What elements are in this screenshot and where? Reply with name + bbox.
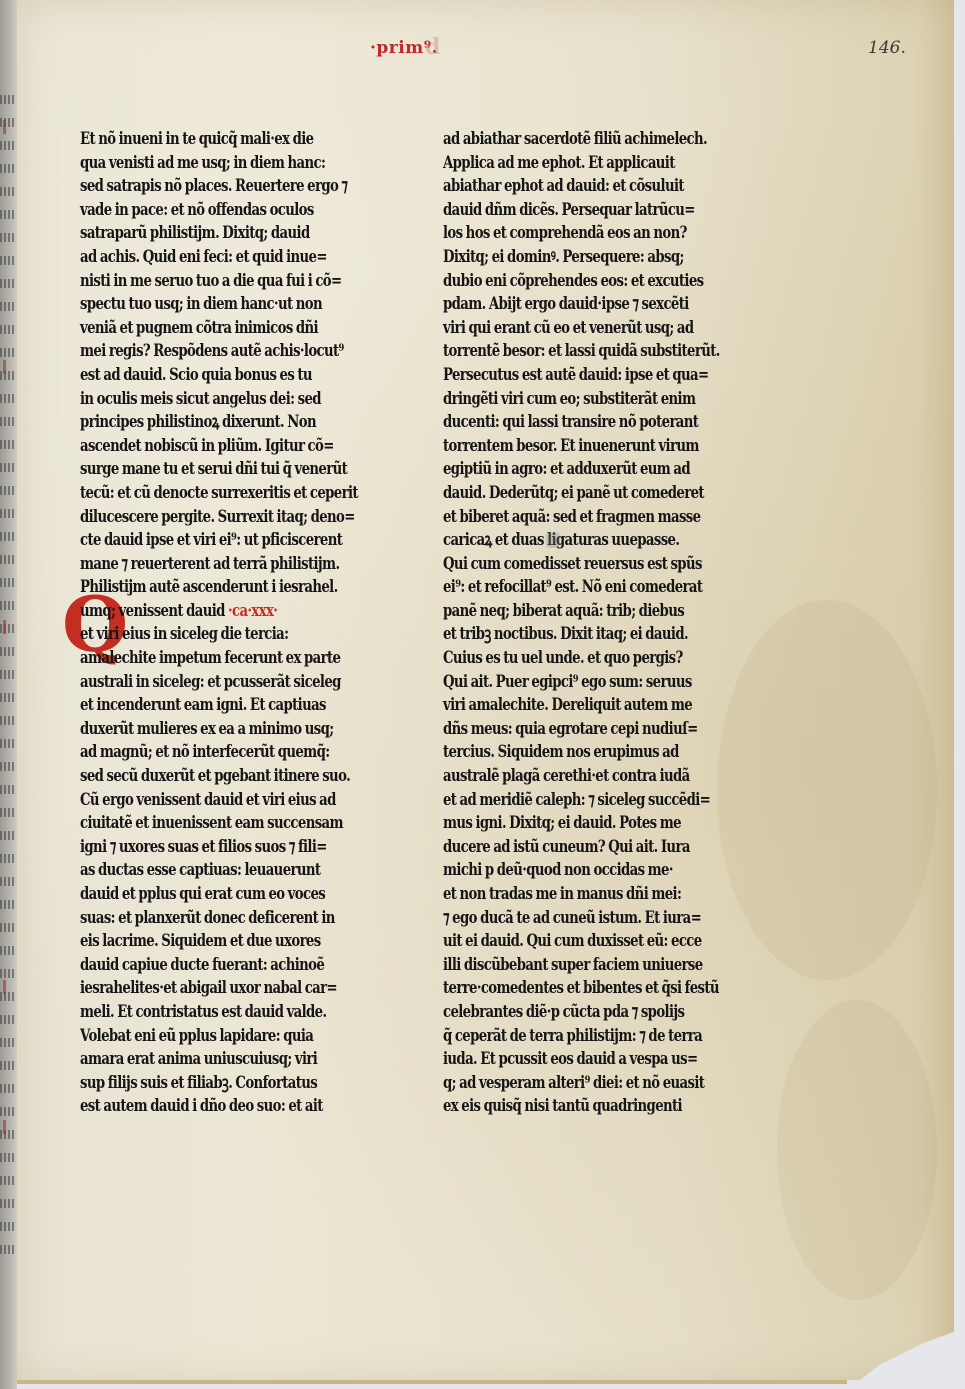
text-column-right: ad abiathar sacerdotẽ filiũ achimelech.A…: [443, 128, 743, 1119]
previous-page-text: [0, 877, 14, 886]
text-line: illi discũbebant super faciem uniuerse: [443, 954, 743, 978]
text-line: satraparũ philistijm. Dixitq; dauid: [80, 222, 394, 246]
text-line: amara erat anima uniuscuiusq; viri: [80, 1048, 394, 1072]
text-line: dringẽti viri cum eo; substiterãt enim: [443, 388, 743, 412]
text-line: mus igni. Dixitq; ei dauid. Potes me: [443, 812, 743, 836]
previous-page-text: [0, 463, 14, 472]
chapter-number: ·ca·xxx·: [228, 601, 277, 621]
text-line: dilucescere pergite. Surrexit itaq; deno…: [80, 506, 394, 530]
text-line: torrentem besor. Et inuenerunt virum: [443, 435, 743, 459]
previous-page-text: [0, 854, 14, 863]
text-line: tecũ: et cũ denocte surrexeritis et cepe…: [80, 482, 394, 506]
text-line: et ad meridiẽ caleph: ⁊ siceleg succẽdi=: [443, 789, 743, 813]
previous-page-rubric: [3, 1120, 6, 1134]
previous-page-text: [0, 831, 14, 840]
text-line: vade in pace: et nõ offendas oculos: [80, 199, 394, 223]
previous-page-rubric: [3, 980, 6, 994]
text-line: Qui cum comedisset reuersus est spũs: [443, 553, 743, 577]
previous-page-text: [0, 1176, 14, 1185]
previous-page-text: [0, 969, 14, 978]
text-column-left: Et nõ inueni in te quicq̃ mali·ex diequa…: [80, 128, 394, 1119]
text-line: pdam. Abijt ergo dauid·ipse ⁊ sexcẽti: [443, 293, 743, 317]
previous-page-text: [0, 1222, 14, 1231]
text-line: dauid dñm dicẽs. Persequar latrũcu=: [443, 199, 743, 223]
folio-number: 146.: [868, 38, 906, 58]
text-line: dñs meus: quia egrotare cepi nudiuſ=: [443, 718, 743, 742]
previous-page-text: [0, 1153, 14, 1162]
text-line: et tribꝫ noctibus. Dixit itaq; ei dauid.: [443, 623, 743, 647]
text-line: duxerũt mulieres ex ea a minimo usq;: [80, 718, 394, 742]
text-line: q̃ ceperãt de terra philistijm: ⁊ de ter…: [443, 1025, 743, 1049]
text-line: dauid et pplus qui erat cum eo voces: [80, 883, 394, 907]
text-line: Dixitq; ei dominꝰ. Persequere: absq;: [443, 246, 743, 270]
text-line: ad abiathar sacerdotẽ filiũ achimelech.: [443, 128, 743, 152]
text-line: iesrahelites·et abigail uxor nabal car=: [80, 977, 394, 1001]
text-line: viri qui erant cũ eo et venerũt usq; ad: [443, 317, 743, 341]
text-line: et non tradas me in manus dñi mei:: [443, 883, 743, 907]
text-line: Et nõ inueni in te quicq̃ mali·ex die: [80, 128, 394, 152]
text-line: spectu tuo usq; in diem hanc·ut non: [80, 293, 394, 317]
text-line: amalechite impetum fecerunt ex parte: [80, 647, 394, 671]
parchment-stain: [717, 600, 937, 980]
previous-page-text: [0, 486, 14, 495]
text-line: q; ad vesperam alteri⁹ diei: et nõ euasi…: [443, 1072, 743, 1096]
previous-page-text: [0, 1245, 14, 1254]
text-line: abiathar ephot ad dauid: et cõsuluit: [443, 175, 743, 199]
text-line: tercius. Siquidem nos erupimus ad: [443, 741, 743, 765]
text-line: meli. Et contristatus est dauid valde.: [80, 1001, 394, 1025]
previous-page-text: [0, 302, 14, 311]
previous-page-text: [0, 141, 14, 150]
text-line: surge mane tu et serui dñi tui q̃ venerũ…: [80, 458, 394, 482]
text-line: dauid. Dederũtq; ei panẽ ut comederet: [443, 482, 743, 506]
text-line: veniã et pugnem cõtra inimicos dñi: [80, 317, 394, 341]
previous-page-text: [0, 417, 14, 426]
text-line: terre·comedentes et bibentes et q̃si fes…: [443, 977, 743, 1001]
previous-page-text: [0, 440, 14, 449]
text-line: cte dauid ipse et viri ei⁹: ut pficiscer…: [80, 529, 394, 553]
text-line: igni ⁊ uxores suas et filios suos ⁊ fili…: [80, 836, 394, 860]
ink-smudge: [546, 532, 560, 548]
previous-page-text: [0, 348, 14, 357]
text-line: ascendet nobiscũ in pliũm. Igitur cõ=: [80, 435, 394, 459]
previous-page-edge: [0, 0, 17, 1389]
text-line: dubio eni cõprehendes eos: et excuties: [443, 270, 743, 294]
previous-page-text: [0, 601, 14, 610]
text-line: as ductas esse captiuas: leuauerunt: [80, 859, 394, 883]
previous-page-text: [0, 578, 14, 587]
text-line: ducenti: qui lassi transire nõ poterant: [443, 411, 743, 435]
text-line: est autem dauid i dño deo suo: et ait: [80, 1095, 394, 1119]
text-line: viri amalechite. Dereliquit autem me: [443, 694, 743, 718]
previous-page-text: [0, 1084, 14, 1093]
text-line: et viri eius in siceleg die tercia:: [80, 623, 394, 647]
text-line: suas: et planxerũt donec deficerent in: [80, 907, 394, 931]
text-line: mane ⁊ reuerterent ad terrã philistijm.: [80, 553, 394, 577]
text-line: iuda. Et pcussit eos dauid a vespa us=: [443, 1048, 743, 1072]
text-line: nisti in me seruo tuo a die qua fui i cõ…: [80, 270, 394, 294]
previous-page-text: [0, 1061, 14, 1070]
previous-page-text: [0, 785, 14, 794]
previous-page-text: [0, 1199, 14, 1208]
previous-page-text: [0, 900, 14, 909]
previous-page-text: [0, 210, 14, 219]
text-line: est ad dauid. Scio quia bonus es tu: [80, 364, 394, 388]
text-line: umq; venissent dauid ·ca·xxx·: [80, 600, 394, 624]
text-line: ducere ad istũ cuneum? Qui ait. Iura: [443, 836, 743, 860]
previous-page-rubric: [3, 360, 6, 374]
previous-page-text: [0, 532, 14, 541]
text-line: ei⁹: et refocillat⁹ est. Nõ eni comedera…: [443, 576, 743, 600]
previous-page-text: [0, 279, 14, 288]
previous-page-text: [0, 693, 14, 702]
text-line: in oculis meis sicut angelus dei: sed: [80, 388, 394, 412]
text-line: Cũ ergo venissent dauid et viri eius ad: [80, 789, 394, 813]
text-line: sed satrapis nõ places. Reuertere ergo ⁊: [80, 175, 394, 199]
previous-page-text: [0, 164, 14, 173]
text-line: ⁊ ego ducã te ad cuneũ istum. Et iura=: [443, 907, 743, 931]
text-line: et incenderunt eam igni. Et captiuas: [80, 694, 394, 718]
previous-page-text: [0, 95, 14, 104]
text-line: Philistijm autẽ ascenderunt i iesrahel.: [80, 576, 394, 600]
text-line: Applica ad me ephot. Et applicauit: [443, 152, 743, 176]
previous-page-text: [0, 946, 14, 955]
text-line: torrentẽ besor: et lassi quidã substiter…: [443, 340, 743, 364]
previous-page-text: [0, 325, 14, 334]
text-line: panẽ neq; biberat aquã: trib; diebus: [443, 600, 743, 624]
previous-page-text: [0, 647, 14, 656]
previous-page-text: [0, 808, 14, 817]
text-line: uit ei dauid. Qui cum duxisset eũ: ecce: [443, 930, 743, 954]
text-line: michi p deũ·quod non occidas me·: [443, 859, 743, 883]
text-line: principes philistinoꝝ dixerunt. Non: [80, 411, 394, 435]
previous-page-text: [0, 394, 14, 403]
previous-page-text: [0, 716, 14, 725]
text-line: Cuius es tu uel unde. et quo pergis?: [443, 647, 743, 671]
text-line: los hos et comprehendã eos an non?: [443, 222, 743, 246]
previous-page-text: [0, 187, 14, 196]
previous-page-text: [0, 555, 14, 564]
previous-page-text: [0, 1015, 14, 1024]
previous-page-text: [0, 1038, 14, 1047]
parchment-stain: [777, 1000, 937, 1300]
previous-page-text: [0, 739, 14, 748]
manuscript-scan: ·prim⁹. d 146. Q Et nõ inueni in te quic…: [0, 0, 965, 1389]
previous-page-text: [0, 233, 14, 242]
previous-page-text: [0, 1107, 14, 1116]
text-line: et biberet aquã: sed et fragmen masse: [443, 506, 743, 530]
text-line: mei regis? Respõdens autẽ achis·locut⁹: [80, 340, 394, 364]
text-line: dauid capiue ducte fuerant: achinoẽ: [80, 954, 394, 978]
text-line: qua venisti ad me usq; in diem hanc:: [80, 152, 394, 176]
text-line: caricaꝝ et duas ligaturas uuepasse.: [443, 529, 743, 553]
text-line: ciuitatẽ et inuenissent eam succensam: [80, 812, 394, 836]
text-line: australi in siceleg: et pcusserãt sicele…: [80, 671, 394, 695]
previous-page-text: [0, 509, 14, 518]
previous-page-text: [0, 923, 14, 932]
text-line: Volebat eni eũ pplus lapidare: quia: [80, 1025, 394, 1049]
text-line: eis lacrime. Siquidem et due uxores: [80, 930, 394, 954]
show-through-mark: d: [425, 34, 440, 60]
previous-page-rubric: [3, 120, 6, 134]
text-line: ex eis quisq̃ nisi tantũ quadringenti: [443, 1095, 743, 1119]
leaf-bottom-edge: [17, 1380, 847, 1384]
text-line: egiptiũ in agro: et adduxerũt eum ad: [443, 458, 743, 482]
text-line: ad magnũ; et nõ interfecerũt quemq̃:: [80, 741, 394, 765]
previous-page-text: [0, 670, 14, 679]
text-line: Persecutus est autẽ dauid: ipse et qua=: [443, 364, 743, 388]
previous-page-text: [0, 762, 14, 771]
previous-page-rubric: [3, 620, 6, 634]
previous-page-text: [0, 256, 14, 265]
text-line: Qui ait. Puer egipci⁹ ego sum: seruus: [443, 671, 743, 695]
text-line: ad achis. Quid eni feci: et quid inue=: [80, 246, 394, 270]
text-line: sup filijs suis et filiabꝫ. Confortatus: [80, 1072, 394, 1096]
text-line: celebrantes diẽ·p cũcta pda ⁊ spolijs: [443, 1001, 743, 1025]
text-line: sed secũ duxerũt et pgebant itinere suo.: [80, 765, 394, 789]
text-line: australẽ plagã cerethi·et contra iudã: [443, 765, 743, 789]
